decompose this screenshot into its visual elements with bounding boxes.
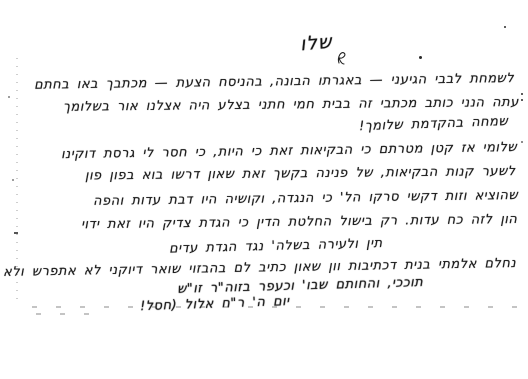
handwritten-line: לשמחת לבבי הגיעני — באגרתו הבונה, בהניסח… xyxy=(34,72,514,92)
handwritten-line: שהוציא וזות דקשי סרקו הל' כי הנגדה, וקוש… xyxy=(93,189,518,208)
manuscript-page: שלו לשמחת לבבי הגיעני — באגרתו הבונה, בה… xyxy=(0,0,528,379)
scan-speckle xyxy=(521,141,523,143)
handwritten-line: עתה הנני כותב מכתבי זה בבית חמי חתני בצל… xyxy=(63,96,519,114)
scan-speckle xyxy=(419,56,422,59)
scan-speckle xyxy=(8,96,10,98)
handwritten-line: יום ה' ר"ח אלול (חסל! xyxy=(140,295,290,313)
scan-speckle xyxy=(12,179,14,181)
handwritten-line: שלומי אז קטן מטרתם כי הבקיאות זאת כי היו… xyxy=(61,141,517,161)
handwritten-line: תין ולעירה בשלה' נגד הגדת עדים xyxy=(169,237,383,256)
scan-noise-bottom-row xyxy=(32,306,524,308)
scan-speckle xyxy=(521,99,523,101)
page-header-word: שלו xyxy=(299,31,333,56)
handwritten-line: תוככי, והחותם שבו' וכעפר בזוה"ר זו"ש xyxy=(177,276,424,296)
ink-flourish-mark xyxy=(336,50,348,66)
scan-noise-left-margin xyxy=(16,58,18,303)
handwritten-line: לשער קנות הבקיאות, של פנינה בקשך זאת שאו… xyxy=(85,165,516,183)
scan-speckle xyxy=(14,232,18,234)
handwritten-line: שמחה בהקדמת שלומך! xyxy=(359,115,509,133)
scan-speckle xyxy=(504,26,506,28)
handwritten-line: הון לזה כח עדות. רק בישול החלטת הדין כי … xyxy=(81,213,517,231)
scan-speckle xyxy=(521,93,523,95)
handwritten-line: נחלם אלמתי בנית דכתיבות וון שאון כתיב לם… xyxy=(3,257,516,279)
scan-noise-bottom-row xyxy=(36,313,100,315)
